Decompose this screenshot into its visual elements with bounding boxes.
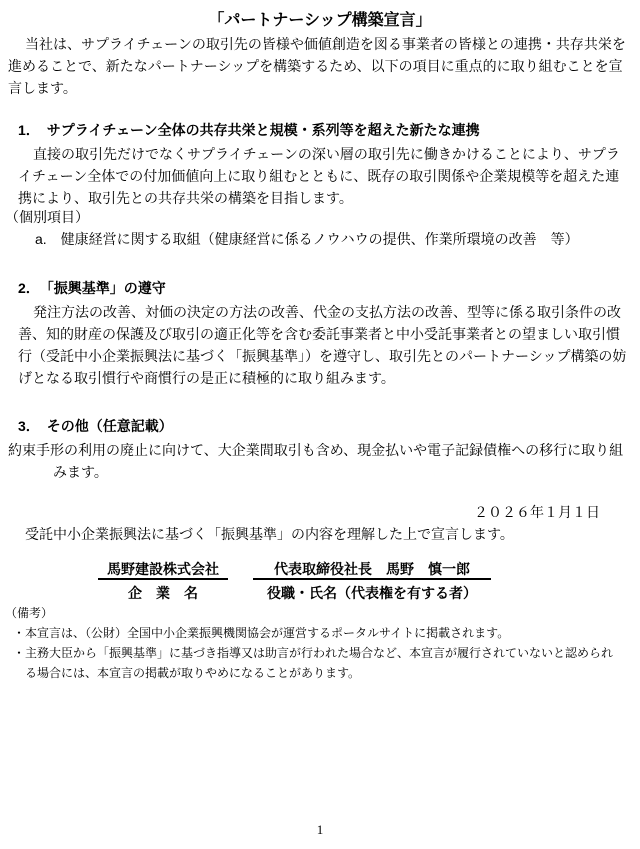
- section-1-heading: 1． サプライチェーン全体の共存共栄と規模・系列等を超えた新たな連携: [18, 121, 480, 139]
- company-name-field: 馬野建設株式会社: [98, 559, 228, 580]
- remark-item-1: ・本宣言は、（公財）全国中小企業振興機関協会が運営するポータルサイトに掲載されま…: [13, 623, 636, 643]
- text-line: 発注方法の改善、対価の決定の方法の改善、代金の支払方法の改善、型等に係る取引条件…: [18, 301, 638, 323]
- text-line: 行（受託中小企業振興法に基づく「振興基準」）を遵守し、取引先とのパートナーシップ…: [18, 345, 638, 367]
- text-line: る場合には、本宣言の掲載が取りやめになることがあります。: [13, 663, 638, 683]
- section-3-body: 約束手形の利用の廃止に向けて、大企業間取引も含め、現金払いや電子記録債権への移行…: [8, 439, 636, 483]
- text-line: ・主務大臣から「振興基準」に基づき指導又は助言が行われた場合など、本宣言が履行さ…: [13, 643, 638, 663]
- section-2-heading: 2． 「振興基準」の遵守: [18, 279, 166, 297]
- text-line: 善、知的財産の保護及び取引の適正化等を含む委託事業者と中小受託事業者との望ましい…: [18, 323, 638, 345]
- intro-paragraph: 当社は、サプライチェーンの取引先の皆様や価値創造を図る事業者の皆様との連携・共存…: [8, 33, 634, 99]
- individual-items-label: （個別項目）: [5, 206, 89, 228]
- text-line: 約束手形の利用の廃止に向けて、大企業間取引も含め、現金払いや電子記録債権への移行…: [8, 439, 636, 461]
- page-number: 1: [0, 822, 640, 838]
- remark-item-2: ・主務大臣から「振興基準」に基づき指導又は助言が行われた場合など、本宣言が履行さ…: [13, 643, 638, 683]
- section-2-body: 発注方法の改善、対価の決定の方法の改善、代金の支払方法の改善、型等に係る取引条件…: [18, 301, 638, 389]
- text-line: みます。: [8, 461, 636, 483]
- text-line: 言します。: [8, 77, 634, 99]
- section-3-heading: 3． その他（任意記載）: [18, 417, 173, 435]
- section-1-body: 直接の取引先だけでなくサプライチェーンの深い層の取引先に働きかけることにより、サ…: [18, 143, 636, 209]
- representative-name-field: 代表取締役社長 馬野 慎一郎: [253, 559, 491, 580]
- company-name-label: 企 業 名: [98, 583, 228, 603]
- declaration-date: ２０２６年１月１日: [0, 501, 600, 523]
- representative-name-label: 役職・氏名（代表権を有する者）: [253, 583, 491, 603]
- text-line: イチェーン全体での付加価値向上に取り組むとともに、既存の取引関係や企業規模等を超…: [18, 165, 636, 187]
- text-line: 進めることで、新たなパートナーシップを構築するため、以下の項目に重点的に取り組む…: [8, 55, 634, 77]
- individual-item-a: a. 健康経営に関する取組（健康経営に係るノウハウの提供、作業所環境の改善 等）: [35, 228, 579, 250]
- text-line: げとなる取引慣行や商慣行の是正に積極的に取り組みます。: [18, 367, 638, 389]
- declaration-document-page: 「パートナーシップ構築宣言」 当社は、サプライチェーンの取引先の皆様や価値創造を…: [0, 0, 640, 849]
- document-title: 「パートナーシップ構築宣言」: [0, 7, 640, 30]
- text-line: 当社は、サプライチェーンの取引先の皆様や価値創造を図る事業者の皆様との連携・共存…: [8, 33, 634, 55]
- declaration-statement: 受託中小企業振興法に基づく「振興基準」の内容を理解した上で宣言します。: [25, 523, 636, 545]
- text-line: 直接の取引先だけでなくサプライチェーンの深い層の取引先に働きかけることにより、サ…: [18, 143, 636, 165]
- text-line: 携により、取引先との共存共栄の構築を目指します。: [18, 187, 636, 209]
- remarks-label: （備考）: [5, 603, 53, 623]
